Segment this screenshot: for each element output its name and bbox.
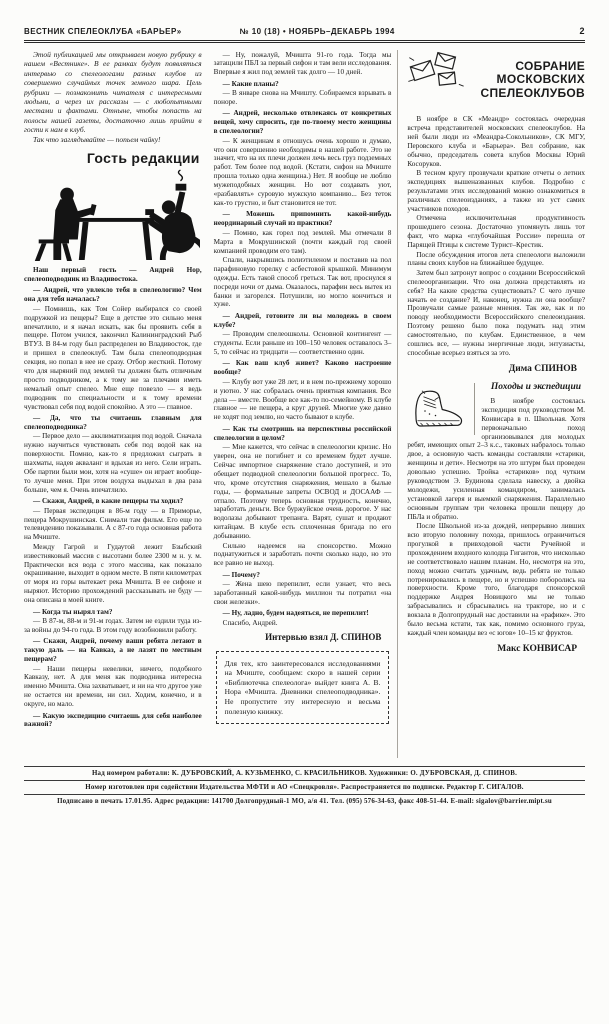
paragraph: — Первая экспедиция в 86-м году — в Прим… xyxy=(24,507,202,543)
interview-part2: — Ну, пожалуй, Мчишта 91-го года. Тогда … xyxy=(214,51,392,628)
issue-info: № 10 (18) • НОЯБРЬ–ДЕКАБРЬ 1994 xyxy=(240,27,395,36)
paragraph: — Как ты смотришь на перспективы российс… xyxy=(214,425,392,443)
paragraph: Так что заглядывайте — попьем чайку! xyxy=(24,135,202,144)
paragraph: — Мне кажется, что сейчас в спелеологии … xyxy=(214,443,392,541)
masthead: ВЕСТНИК СПЕЛЕОКЛУБА «БАРЬЕР» № 10 (18) •… xyxy=(24,26,585,43)
paragraph: — Скажи, Андрей, почему ваши ребята лета… xyxy=(24,637,202,664)
paragraph: — Ну, ладно, будем надеяться, не перепил… xyxy=(214,609,392,618)
paragraph: Сильно надеемся на спонсорство. Можно по… xyxy=(214,542,392,569)
meeting-article-title: СОБРАНИЕ МОСКОВСКИХ СПЕЛЕОКЛУБОВ xyxy=(465,60,585,101)
imprint-line-staff: Над номером работали: К. ДУБРОВСКИЙ, А. … xyxy=(24,766,585,780)
paragraph: Затем был затронут вопрос о создании Все… xyxy=(407,269,585,358)
paragraph: В ноябре в СК «Меандр» состоялась очеред… xyxy=(407,115,585,168)
column-middle: — Ну, пожалуй, Мчишта 91-го года. Тогда … xyxy=(208,50,398,758)
paragraph: — Ну, пожалуй, Мчишта 91-го года. Тогда … xyxy=(214,51,392,78)
paragraph: — Андрей, готовите ли вы молодежь в свое… xyxy=(214,312,392,330)
meeting-article-header: СОБРАНИЕ МОСКОВСКИХ СПЕЛЕОКЛУБОВ xyxy=(407,50,585,110)
boot-icon xyxy=(407,383,475,435)
meeting-article-body: В ноябре в СК «Меандр» состоялась очеред… xyxy=(407,115,585,357)
paragraph: — Андрей, что увлекло тебя в спелеологию… xyxy=(24,286,202,304)
masthead-title: ВЕСТНИК СПЕЛЕОКЛУБА «БАРЬЕР» xyxy=(24,27,182,36)
paragraph: Спасибо, Андрей. xyxy=(214,619,392,628)
paragraph: Между Гагрой и Гудаутой лежит Бзыбский и… xyxy=(24,543,202,605)
interview-signoff: Интервью взял Д. СПИНОВ xyxy=(214,632,382,642)
paragraph: — К женщинам я отношусь очень хорошо и д… xyxy=(214,137,392,208)
paragraph: Отмечена исключительная продуктивность п… xyxy=(407,214,585,250)
column-left: Этой публикацией мы открываем новую рубр… xyxy=(24,50,208,758)
paragraph: — Да, что ты считаешь главным для спелео… xyxy=(24,414,202,432)
editorial-intro: Этой публикацией мы открываем новую рубр… xyxy=(24,50,202,144)
mail-icon xyxy=(407,50,465,90)
paragraph: После Школьной из-за дождей, непрерывно … xyxy=(407,522,585,638)
paragraph: — Жена шею перепилит, если узнает, что в… xyxy=(214,580,392,607)
paragraph: — Первое дело — акклиматизация под водой… xyxy=(24,432,202,494)
paragraph: — Наши пещеры невелики, ничего, подобног… xyxy=(24,665,202,710)
paragraph: — Скажи, Андрей, в какие пещеры ты ходил… xyxy=(24,497,202,506)
paragraph: — Проводим спелеошколы. Основной континг… xyxy=(214,330,392,357)
page-number: 2 xyxy=(580,26,585,36)
trips-article: Походы и экспедиции В ноябре состоялась … xyxy=(407,382,585,654)
paragraph: — Помню, как горел под землей. Мы отмеча… xyxy=(214,229,392,256)
paragraph: В тесном кругу прозвучали краткие отчеты… xyxy=(407,169,585,214)
imprint-line-address: Подписано в печать 17.01.95. Адрес редак… xyxy=(24,794,585,808)
paragraph: — Когда ты нырял там? xyxy=(24,608,202,617)
paragraph: — Помнишь, как Том Сойер выбирался со св… xyxy=(24,305,202,412)
paragraph: После обсуждения итогов лета спелеологи … xyxy=(407,251,585,269)
trips-article-signature: Макс КОНВИСАР xyxy=(407,644,577,654)
book-announcement-box: Для тех, кто заинтересовался исследовани… xyxy=(216,651,390,725)
interview-part1: — Андрей, что увлекло тебя в спелеологию… xyxy=(24,286,202,729)
paragraph: — Можешь припомнить какой-нибудь неордин… xyxy=(214,210,392,228)
interview-lead: Наш первый гость — Андрей Нор, спелеопод… xyxy=(24,266,202,284)
newspaper-page: ВЕСТНИК СПЕЛЕОКЛУБА «БАРЬЕР» № 10 (18) •… xyxy=(0,0,609,1024)
interview-illustration-icon xyxy=(26,169,200,263)
paragraph: — Какие планы? xyxy=(214,80,392,89)
meeting-article-signature: Дима СПИНОВ xyxy=(407,364,577,374)
section-title: Гость редакции xyxy=(24,150,200,166)
paragraph: — В 87-м, 88-м и 91-м годах. Затем не ез… xyxy=(24,617,202,635)
paragraph: — В январе снова на Мчишту. Собираемся в… xyxy=(214,89,392,107)
paragraph: — Андрей, несколько отвлекаясь от конкре… xyxy=(214,109,392,136)
column-right: СОБРАНИЕ МОСКОВСКИХ СПЕЛЕОКЛУБОВ В ноябр… xyxy=(397,50,585,758)
paragraph: — Почему? xyxy=(214,571,392,580)
paragraph: — Клубу вот уже 28 лет, и в нем по-прежн… xyxy=(214,378,392,423)
imprint: Над номером работали: К. ДУБРОВСКИЙ, А. … xyxy=(24,766,585,808)
paragraph: Этой публикацией мы открываем новую рубр… xyxy=(24,50,202,135)
paragraph: — Как ваш клуб живет? Каково настроение … xyxy=(214,359,392,377)
imprint-line-publisher: Номер изготовлен при содействии Издатель… xyxy=(24,780,585,794)
paragraph: — Какую экспедицию считаешь для себя наи… xyxy=(24,712,202,730)
page-body: Этой публикацией мы открываем новую рубр… xyxy=(24,50,585,758)
paragraph: Спали, накрывшись полиэтиленом и постави… xyxy=(214,256,392,309)
